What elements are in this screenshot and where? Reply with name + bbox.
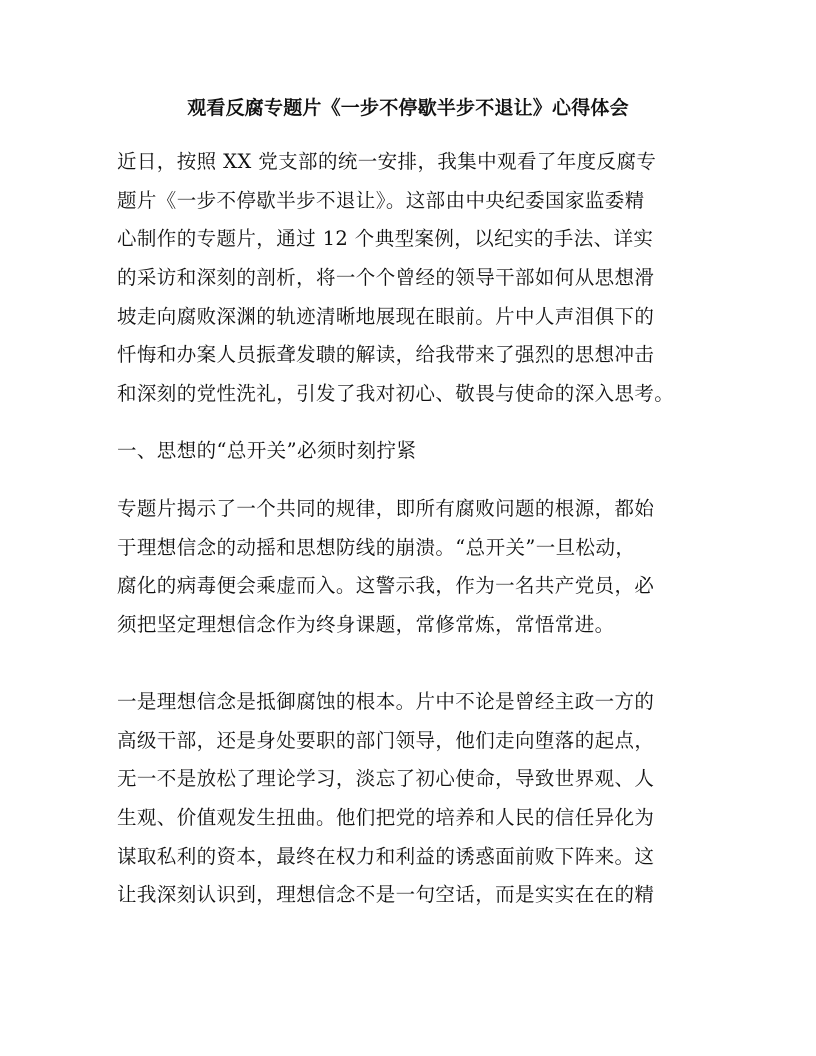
section-heading: 一、思想的“总开关”必须时刻拧紧: [117, 432, 717, 471]
text-line: 专题片揭示了一个共同的规律，即所有腐败问题的根源，都始: [117, 490, 717, 529]
text-line: 腐化的病毒便会乘虚而入。这警示我，作为一名共产党员，必: [117, 567, 717, 606]
heading-line: 一、思想的“总开关”必须时刻拧紧: [117, 432, 717, 471]
text-line: 坡走向腐败深渊的轨迹清晰地展现在眼前。片中人声泪俱下的: [117, 298, 717, 337]
text-line: 一是理想信念是抵御腐蚀的根本。片中不论是曾经主政一方的: [117, 683, 717, 722]
intro-paragraph: 近日，按照 XX 党支部的统一安排，我集中观看了年度反腐专 题片《一步不停歇半步…: [117, 143, 717, 414]
text-line: 忏悔和办案人员振聋发聩的解读，给我带来了强烈的思想冲击: [117, 336, 717, 375]
text-line: 让我深刻认识到，理想信念不是一句空话，而是实实在在的精: [117, 876, 717, 915]
text-line: 于理想信念的动摇和思想防线的崩溃。“总开关”一旦松动，: [117, 529, 717, 568]
section-paragraph: 专题片揭示了一个共同的规律，即所有腐败问题的根源，都始 于理想信念的动摇和思想防…: [117, 490, 717, 645]
document-title: 观看反腐专题片《一步不停歇半步不退让》心得体会: [0, 94, 816, 122]
text-line: 心制作的专题片，通过 12 个典型案例，以纪实的手法、详实: [117, 220, 717, 259]
text-line: 和深刻的党性洗礼，引发了我对初心、敬畏与使命的深入思考。: [117, 375, 717, 414]
text-line: 近日，按照 XX 党支部的统一安排，我集中观看了年度反腐专: [117, 143, 717, 182]
point-one-paragraph: 一是理想信念是抵御腐蚀的根本。片中不论是曾经主政一方的 高级干部，还是身处要职的…: [117, 683, 717, 915]
text-line: 谋取私利的资本，最终在权力和利益的诱惑面前败下阵来。这: [117, 838, 717, 877]
text-line: 高级干部，还是身处要职的部门领导，他们走向堕落的起点，: [117, 722, 717, 761]
text-line: 题片《一步不停歇半步不退让》。这部由中央纪委国家监委精: [117, 182, 717, 221]
document-page: 观看反腐专题片《一步不停歇半步不退让》心得体会 近日，按照 XX 党支部的统一安…: [0, 0, 816, 1056]
text-line: 无一不是放松了理论学习，淡忘了初心使命，导致世界观、人: [117, 760, 717, 799]
text-line: 须把坚定理想信念作为终身课题，常修常炼，常悟常进。: [117, 606, 717, 645]
text-line: 的采访和深刻的剖析，将一个个曾经的领导干部如何从思想滑: [117, 259, 717, 298]
text-line: 生观、价值观发生扭曲。他们把党的培养和人民的信任异化为: [117, 799, 717, 838]
